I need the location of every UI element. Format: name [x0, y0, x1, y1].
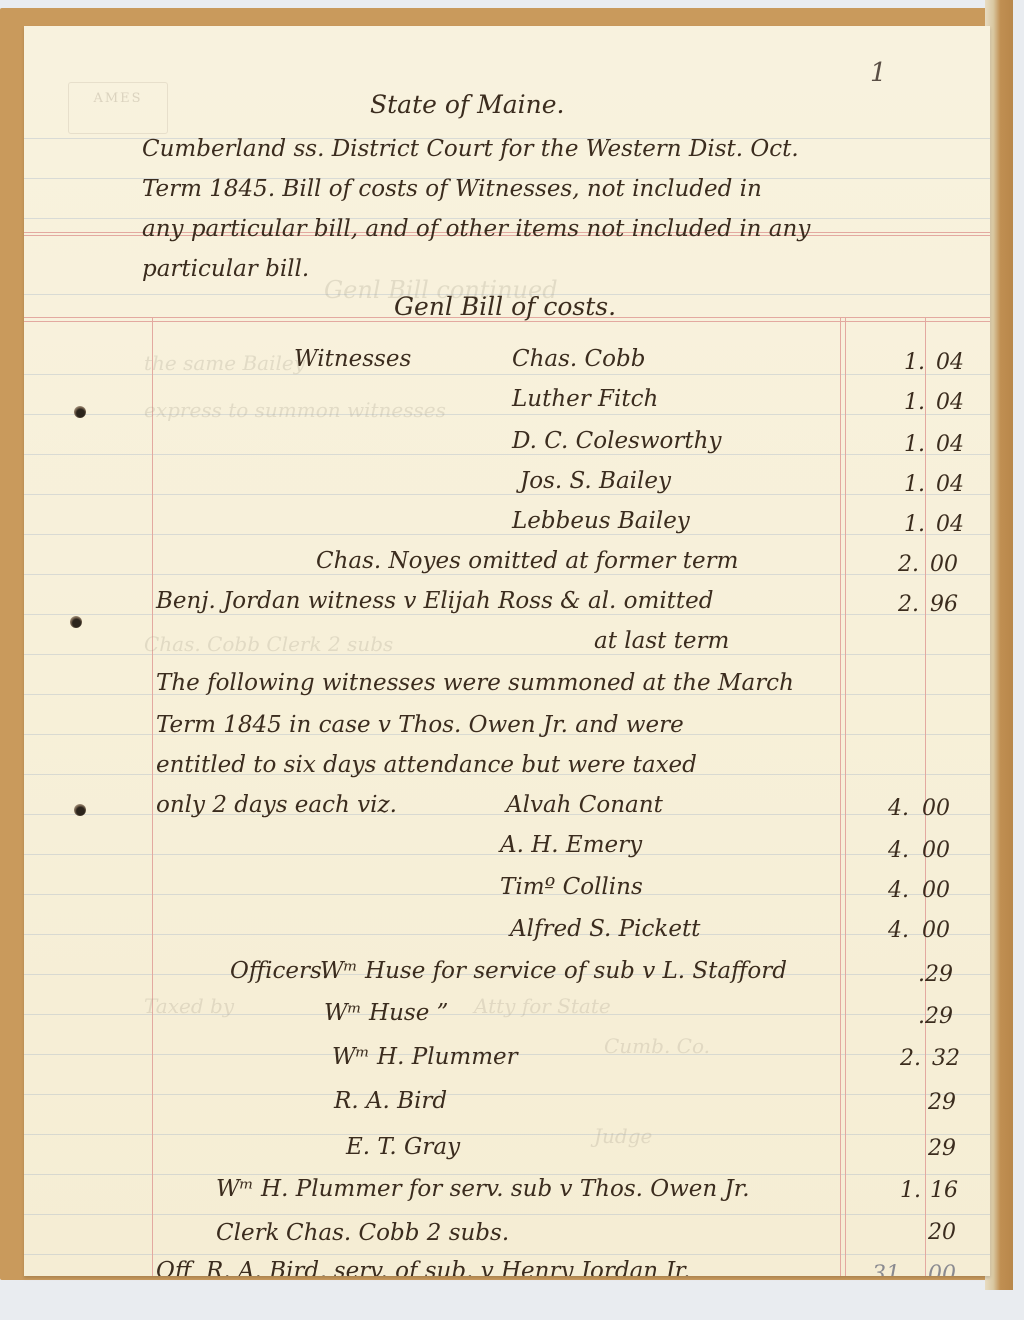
entry-dollars: 2. — [898, 594, 919, 616]
bleed-through-text: Judge — [594, 1124, 652, 1148]
header-line: Term 1845. Bill of costs of Witnesses, n… — [142, 178, 762, 201]
entry-text: R. A. Bird, serv. of sub. v Henry Jordan… — [206, 1260, 690, 1276]
entry-name: Alvah Conant — [506, 794, 663, 817]
entry-cents: 29 — [928, 1138, 956, 1160]
page-number: 1 — [870, 60, 887, 86]
entry-text: Alfred S. Pickett — [510, 918, 700, 941]
punch-hole — [74, 406, 86, 418]
entry-text: Term 1845 in case v Thos. Owen Jr. and w… — [156, 714, 684, 737]
ledger-page: AMES Genl Bill continued the same Bailey… — [24, 26, 990, 1276]
entry-cents: .29 — [918, 964, 953, 986]
entry-text: Timº Collins — [500, 876, 643, 899]
bleed-through-text: the same Bailey — [144, 351, 305, 375]
bleed-through-text: Taxed by — [144, 994, 234, 1018]
entry-text: Wᵐ Huse for service of sub v L. Stafford — [320, 960, 787, 983]
embossed-stamp: AMES — [68, 82, 168, 134]
margin-rule — [152, 317, 153, 1276]
entry-cents: 00 — [922, 880, 950, 902]
section-label-officer: Off — [156, 1260, 191, 1276]
section-label-witnesses: Witnesses — [294, 348, 411, 371]
entry-text: D. C. Colesworthy — [512, 430, 721, 453]
entry-cents: 04 — [936, 352, 964, 374]
document-title: State of Maine. — [370, 92, 564, 117]
entry-text: Jos. S. Bailey — [520, 470, 671, 493]
entry-dollars: 1. — [900, 1180, 921, 1202]
entry-dollars: 1. — [904, 514, 925, 536]
entry-text: Chas. Cobb 2 subs. — [286, 1222, 509, 1245]
bleed-through-text: Chas. Cobb Clerk 2 subs — [144, 632, 393, 656]
entry-dollars: 2. — [900, 1048, 921, 1070]
entry-text: Benj. Jordan witness v Elijah Ross & al.… — [156, 590, 714, 613]
entry-text: Lebbeus Bailey — [512, 510, 690, 533]
entry-text: only 2 days each viz. — [156, 794, 397, 817]
entry-cents: 96 — [930, 594, 958, 616]
entry-cents-pencil: 00 — [928, 1264, 956, 1276]
bleed-through-text: Cumb. Co. — [604, 1034, 710, 1058]
header-line: particular bill. — [142, 258, 309, 281]
section-label-officers: Officers. — [230, 960, 329, 983]
entry-dollars: 4. — [888, 798, 909, 820]
entry-text: Wᵐ H. Plummer for serv. sub v Thos. Owen… — [216, 1178, 750, 1201]
section-label-clerk: Clerk — [216, 1222, 280, 1245]
entry-text: Wᵐ H. Plummer — [332, 1046, 518, 1069]
entry-text: E. T. Gray — [346, 1136, 460, 1159]
entry-text: at last term — [594, 630, 729, 653]
entry-dollars: 1. — [904, 434, 925, 456]
entry-dollars: 1. — [904, 352, 925, 374]
entry-text: Chas. Cobb — [512, 348, 645, 371]
entry-text: R. A. Bird — [334, 1090, 447, 1113]
entry-cents: 04 — [936, 514, 964, 536]
entry-cents: 04 — [936, 474, 964, 496]
bleed-through-text: Atty for State — [474, 994, 611, 1018]
entry-cents: 32 — [932, 1048, 960, 1070]
header-line: Cumberland ss. District Court for the We… — [142, 138, 799, 161]
entry-cents: 00 — [922, 798, 950, 820]
entry-cents: 00 — [930, 554, 958, 576]
dollars-column-rule — [840, 317, 841, 1276]
punch-hole — [70, 616, 82, 628]
entry-dollars: 4. — [888, 880, 909, 902]
entry-cents: 16 — [930, 1180, 958, 1202]
dollars-column-rule-2 — [845, 317, 846, 1276]
entry-text: Chas. Noyes omitted at former term — [316, 550, 738, 573]
bill-subtitle: Genl Bill of costs. — [394, 294, 616, 319]
entry-dollars: 4. — [888, 920, 909, 942]
entry-text: entitled to six days attendance but were… — [156, 754, 697, 777]
entry-dollars: 2. — [898, 554, 919, 576]
entry-dollars: 4. — [888, 840, 909, 862]
entry-text: The following witnesses were summoned at… — [156, 672, 794, 695]
entry-dollars: 1. — [904, 474, 925, 496]
entry-text: A. H. Emery — [500, 834, 642, 857]
entry-cents: 00 — [922, 920, 950, 942]
entry-cents: .29 — [918, 1006, 953, 1028]
entry-cents: 00 — [922, 840, 950, 862]
entry-dollars-pencil: 31 — [872, 1264, 900, 1276]
header-line: any particular bill, and of other items … — [142, 218, 810, 241]
bleed-through-text: express to summon witnesses — [144, 398, 446, 422]
entry-text: Luther Fitch — [512, 388, 658, 411]
entry-cents: 04 — [936, 392, 964, 414]
punch-hole — [74, 804, 86, 816]
entry-dollars: 1. — [904, 392, 925, 414]
entry-cents: 20 — [928, 1222, 956, 1244]
entry-cents: 04 — [936, 434, 964, 456]
entry-text: Wᵐ Huse ” — [324, 1002, 448, 1025]
entry-cents: 29 — [928, 1092, 956, 1114]
